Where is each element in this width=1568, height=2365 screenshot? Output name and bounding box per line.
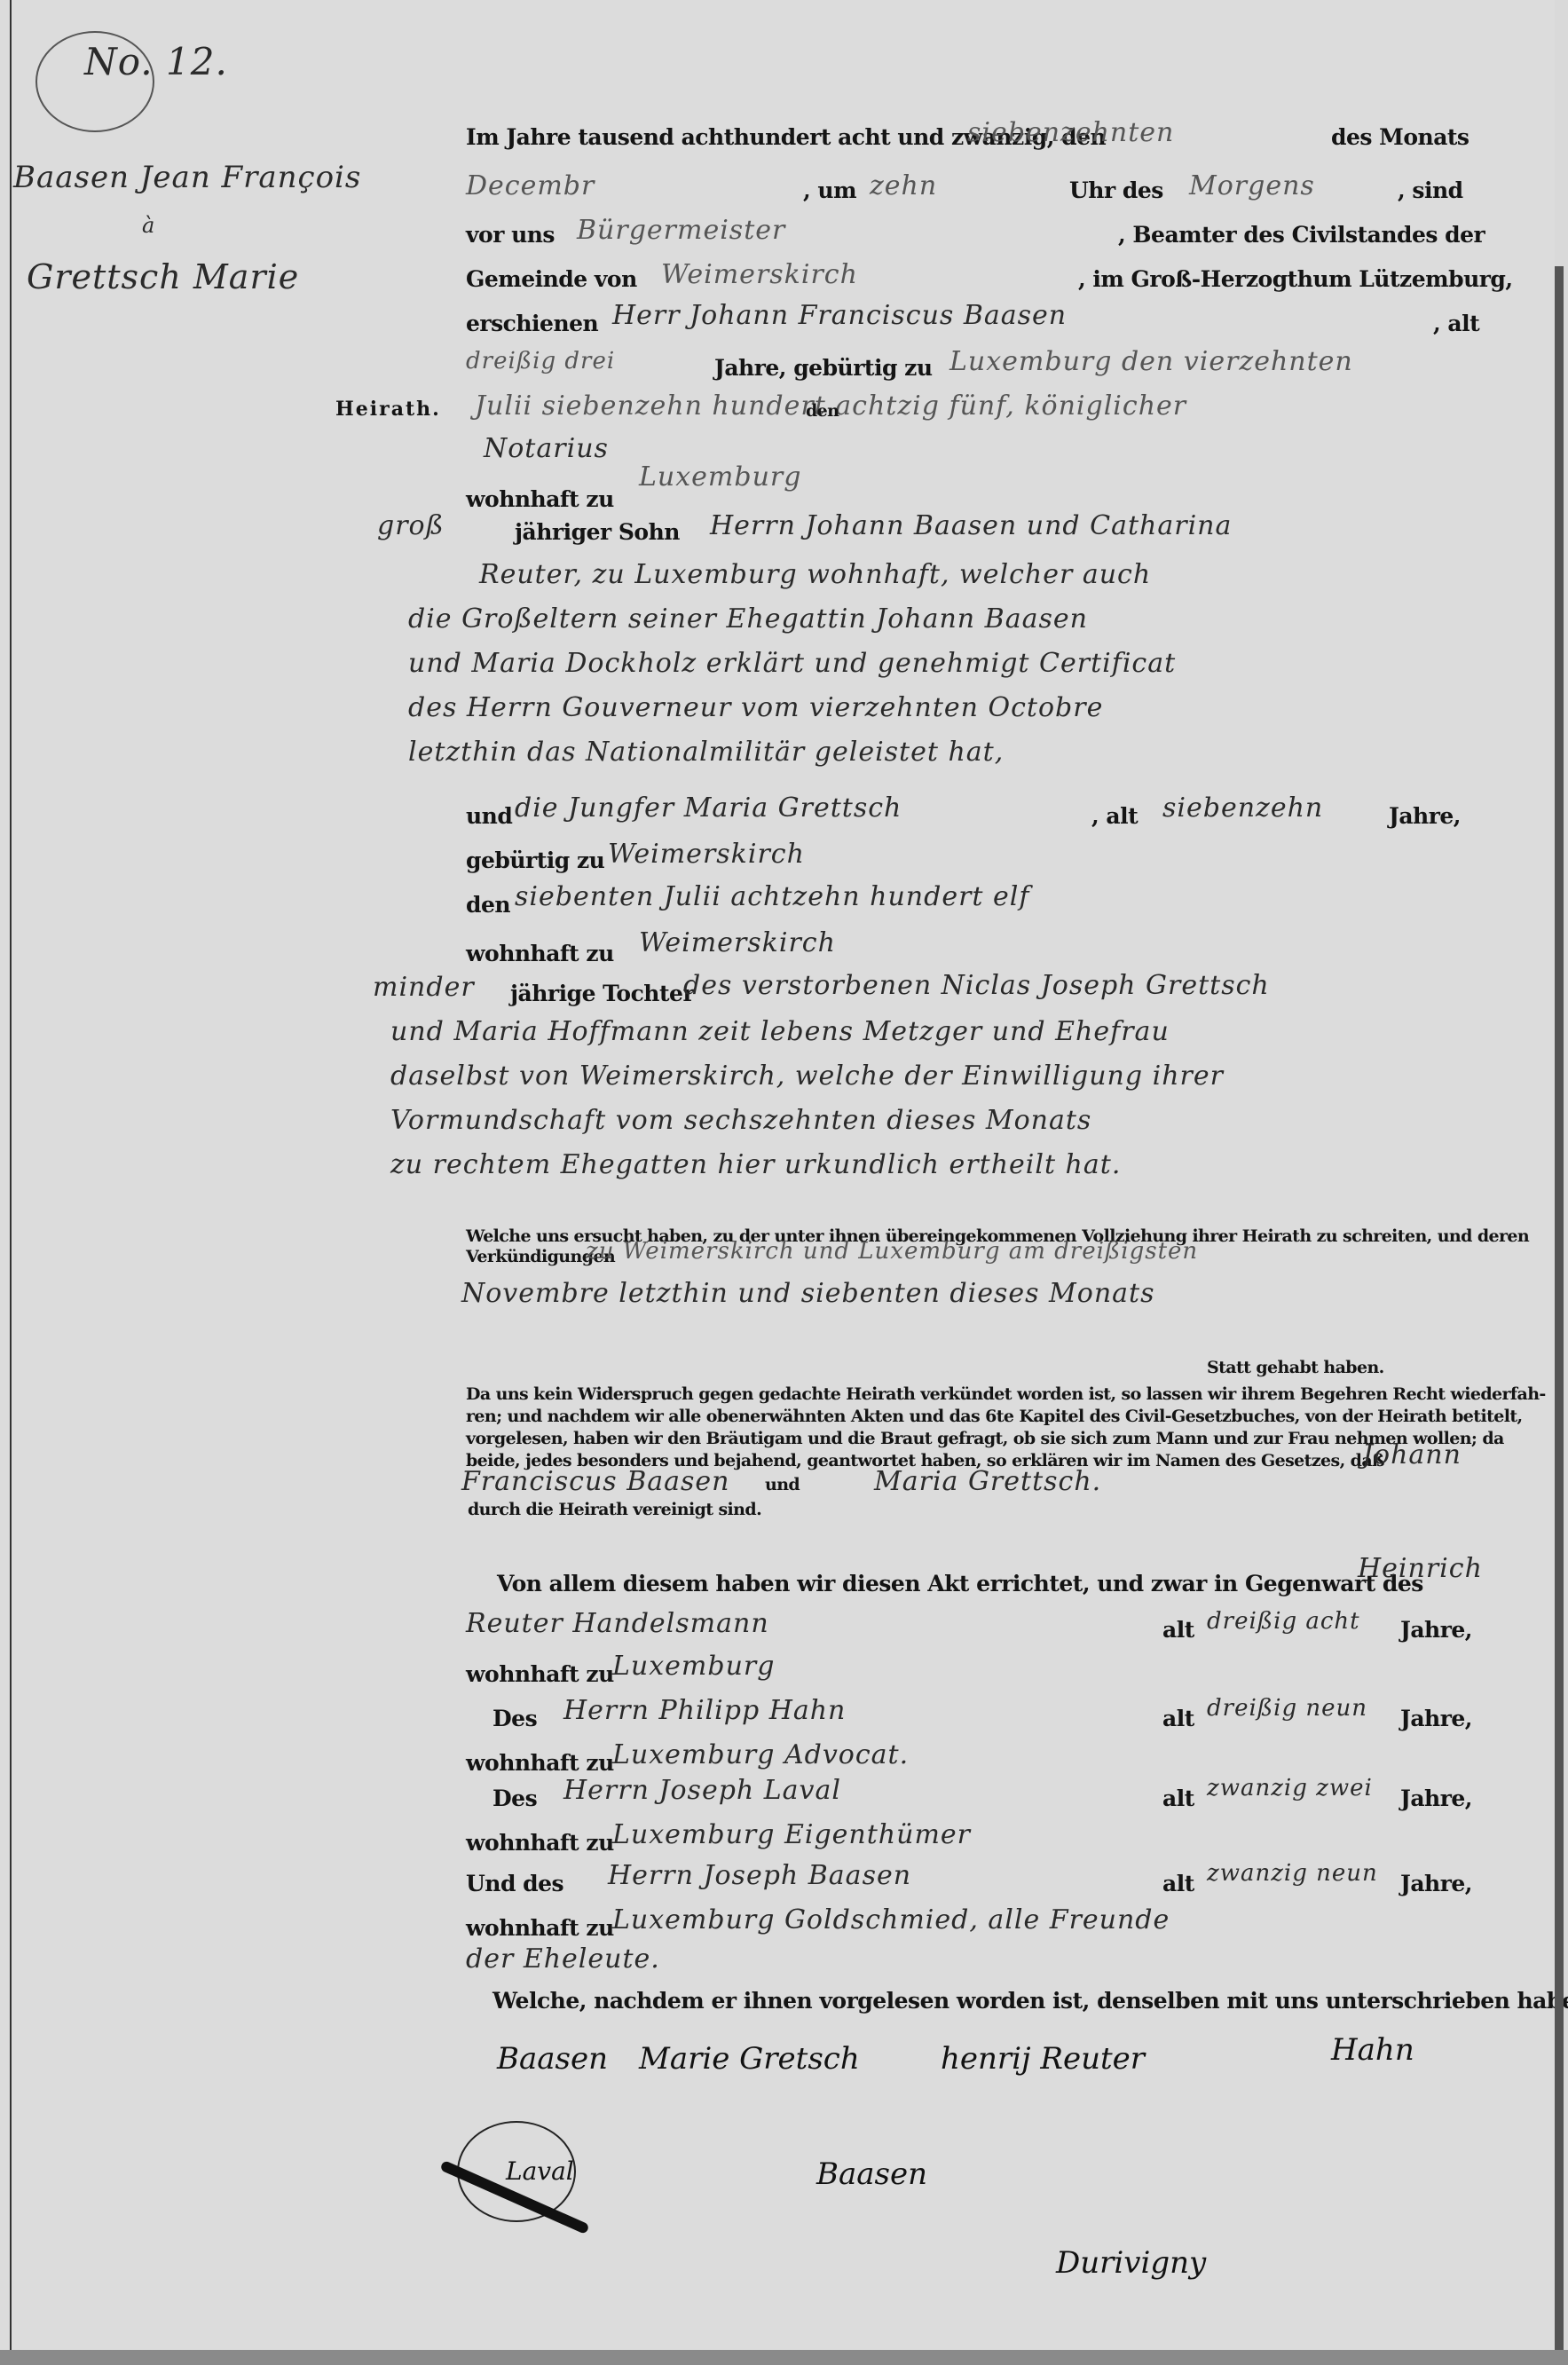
closing-statement: Welche, nachdem er ihnen vorgelesen word…: [492, 1988, 1568, 2014]
signature-mayor: Durivigny: [1056, 2245, 1206, 2281]
act-type-label: Heirath.: [335, 398, 441, 421]
label-des: Des: [492, 1706, 537, 1731]
declaration-line-1: Da uns kein Widerspruch gegen gedachte H…: [466, 1384, 1546, 1404]
witness-1-first-name: Heinrich: [1358, 1553, 1483, 1584]
groom-age-field: dreißig drei: [466, 348, 615, 374]
label-geburtig-bride: gebürtig zu: [466, 847, 604, 873]
label-jahriger-sohn: jähriger Sohn: [515, 519, 680, 545]
label-alt: , alt: [1433, 311, 1479, 336]
signature-witness-reuter: henrij Reuter: [941, 2041, 1145, 2077]
bride-age-field: siebenzehn: [1162, 792, 1323, 824]
label-wohnhaft: wohnhaft zu: [466, 486, 614, 512]
margin-bride-name: Grettsch Marie: [27, 257, 299, 296]
signature-groom: Baasen: [497, 2041, 608, 2077]
page-bottom-edge: [0, 2350, 1568, 2365]
signature-witness-laval: Laval: [506, 2156, 574, 2186]
witness-age: dreißig acht: [1207, 1608, 1360, 1635]
signature-witness-hahn: Hahn: [1331, 2032, 1414, 2068]
bride-minority-field: minder: [373, 972, 475, 1003]
label-und: und: [466, 803, 512, 829]
label-alt: alt: [1162, 1617, 1194, 1643]
groom-parents-field: Herrn Johann Baasen und Catharina: [710, 510, 1232, 541]
bride-name-field: die Jungfer Maria Grettsch: [515, 792, 902, 824]
declaration-line-6: durch die Heirath vereinigt sind.: [468, 1500, 761, 1519]
bride-note-line-2: daselbst von Weimerskirch, welche der Ei…: [390, 1060, 1224, 1092]
bride-parents-field: des verstorbenen Niclas Joseph Grettsch: [683, 970, 1270, 1001]
witness-age: zwanzig neun: [1207, 1860, 1378, 1887]
label-alt: alt: [1162, 1786, 1194, 1811]
label-und-des: Und des: [466, 1871, 563, 1896]
label-um: , um: [803, 177, 856, 203]
label-alt-bride: , alt: [1091, 803, 1138, 829]
label-wohnhaft: wohnhaft zu: [466, 1830, 614, 1856]
label-gemeinde: Gemeinde von: [466, 266, 637, 292]
groom-occupation-field: Notarius: [484, 433, 609, 464]
groom-note-line-4: des Herrn Gouverneur vom vierzehnten Oct…: [408, 692, 1103, 723]
banns-date-field: Novembre letzthin und siebenten dieses M…: [461, 1278, 1154, 1309]
declaration-line-3: vorgelesen, haben wir den Bräutigam und …: [466, 1429, 1504, 1448]
label-jahre: Jahre,: [1400, 1786, 1472, 1811]
hour-field: zehn: [870, 170, 937, 201]
time-of-day-field: Morgens: [1189, 170, 1315, 201]
label-jahre: Jahre,: [1400, 1871, 1472, 1896]
label-geburtig: Jahre, gebürtig zu: [714, 355, 933, 381]
declared-bride-name: Maria Grettsch.: [874, 1466, 1101, 1497]
witness-residence: Luxemburg Eigenthümer: [612, 1819, 971, 1850]
label-den-bride: den: [466, 892, 510, 918]
declaration-line-2: ren; und nachdem wir alle obenerwähnten …: [466, 1407, 1523, 1426]
signature-bride: Marie Gretsch: [639, 2041, 860, 2077]
label-jahrige-tochter: jährige Tochter: [510, 981, 694, 1006]
label-den: den: [806, 401, 839, 421]
flourish-decoration: [35, 31, 154, 132]
bride-birthplace-field: Weimerskirch: [608, 839, 805, 870]
groom-note-line-1: Reuter, zu Luxemburg wohnhaft, welcher a…: [479, 559, 1151, 590]
bride-note-line-4: zu rechtem Ehegatten hier urkundlich ert…: [390, 1149, 1121, 1180]
commune-field: Weimerskirch: [661, 259, 858, 290]
margin-connector: à: [142, 213, 155, 238]
bride-note-line-1: und Maria Hoffmann zeit lebens Metzger u…: [390, 1016, 1170, 1047]
label-jahre: Jahre,: [1389, 803, 1461, 829]
witness-residence: Luxemburg: [612, 1651, 775, 1682]
label-statt-gehabt: Statt gehabt haben.: [1207, 1358, 1384, 1377]
form-line-1-end: des Monats: [1331, 124, 1470, 150]
bride-birthdate-field: siebenten Julii achtzehn hundert elf: [515, 881, 1029, 912]
witness-name: Herrn Joseph Laval: [563, 1775, 841, 1806]
witness-name: Herrn Philipp Hahn: [563, 1695, 846, 1726]
label-grossherzogthum: , im Groß-Herzogthum Lützemburg,: [1078, 266, 1513, 292]
label-beamter: , Beamter des Civilstandes der: [1118, 222, 1485, 248]
label-vor-uns: vor uns: [466, 222, 555, 248]
witness-intro: Von allem diesem haben wir diesen Akt er…: [497, 1571, 1423, 1596]
label-wohnhaft: wohnhaft zu: [466, 1915, 614, 1941]
groom-name-field: Herr Johann Franciscus Baasen: [612, 300, 1067, 331]
month-field: Decembr: [466, 170, 595, 201]
signature-witness-baasen: Baasen: [816, 2156, 927, 2192]
label-wohnhaft-bride: wohnhaft zu: [466, 941, 614, 966]
declared-groom-first: Johann: [1362, 1439, 1462, 1470]
page-right-edge: [1555, 266, 1564, 2352]
register-page: No. 12. Baasen Jean François à Grettsch …: [0, 0, 1555, 2350]
banns-place-field: zu Weimerskirch und Luxemburg am dreißig…: [586, 1238, 1198, 1265]
margin-rule: [10, 0, 12, 2365]
label-jahre: Jahre,: [1400, 1706, 1472, 1731]
witness-residence: Luxemburg Goldschmied, alle Freunde: [612, 1904, 1170, 1935]
witness-residence-cont: der Eheleute.: [466, 1943, 660, 1975]
witness-age: dreißig neun: [1207, 1695, 1367, 1722]
label-alt: alt: [1162, 1871, 1194, 1896]
groom-birthplace-field: Luxemburg den vierzehnten: [949, 346, 1353, 377]
label-wohnhaft: wohnhaft zu: [466, 1661, 614, 1687]
label-jahre: Jahre,: [1400, 1617, 1472, 1643]
witness-name: Herrn Joseph Baasen: [608, 1860, 911, 1891]
label-sind: , sind: [1398, 177, 1463, 203]
witness-residence: Luxemburg Advocat.: [612, 1739, 909, 1770]
groom-residence-field: Luxemburg: [639, 461, 801, 493]
official-title-field: Bürgermeister: [577, 215, 785, 246]
witness-name: Reuter Handelsmann: [466, 1608, 769, 1639]
margin-groom-name: Baasen Jean François: [13, 160, 361, 195]
groom-note-line-5: letzthin das Nationalmilitär geleistet h…: [408, 737, 1004, 768]
label-wohnhaft: wohnhaft zu: [466, 1750, 614, 1776]
witness-age: zwanzig zwei: [1207, 1775, 1373, 1801]
declared-groom-name: Franciscus Baasen: [461, 1466, 730, 1497]
bride-note-line-3: Vormundschaft vom sechszehnten dieses Mo…: [390, 1105, 1091, 1136]
groom-note-line-3: und Maria Dockholz erklärt und genehmigt…: [408, 648, 1176, 679]
bride-residence-field: Weimerskirch: [639, 927, 836, 958]
label-des: Des: [492, 1786, 537, 1811]
groom-note-line-2: die Großeltern seiner Ehegattin Johann B…: [408, 603, 1088, 635]
groom-majority-field: groß: [377, 510, 445, 541]
label-alt: alt: [1162, 1706, 1194, 1731]
label-uhr-des: Uhr des: [1069, 177, 1163, 203]
day-field: siebenzehnten: [967, 117, 1174, 148]
label-erschienen: erschienen: [466, 311, 598, 336]
label-und-decl: und: [765, 1475, 800, 1494]
